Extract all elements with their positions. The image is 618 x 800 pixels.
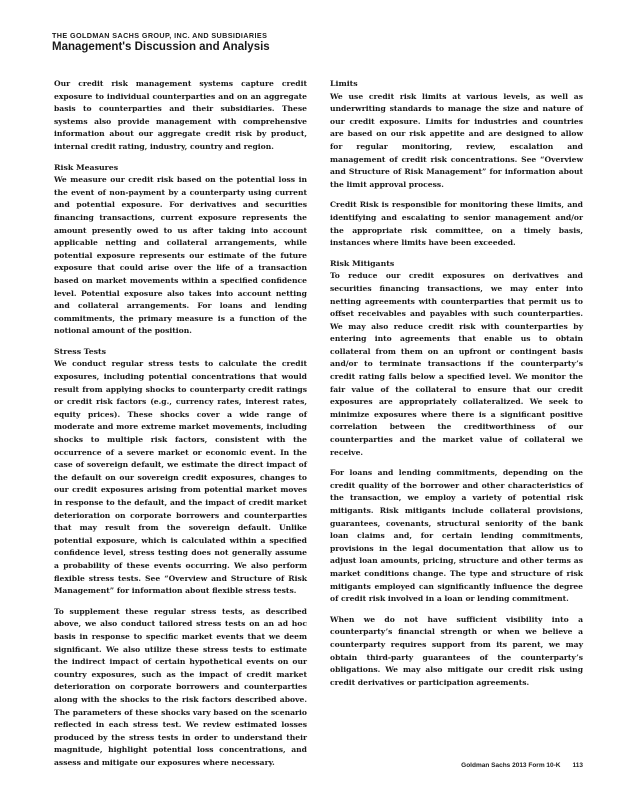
risk-mitigants-heading: Risk Mitigants — [330, 258, 583, 271]
company-name: The Goldman Sachs Group, Inc. and Subsid… — [52, 31, 572, 40]
risk-measures-heading: Risk Measures — [54, 162, 307, 175]
stress-tests-paragraph-2: To supplement these regular stress tests… — [54, 606, 307, 770]
page-header: The Goldman Sachs Group, Inc. and Subsid… — [52, 31, 572, 54]
risk-mitigants-paragraph-2: For loans and lending commitments, depen… — [330, 467, 583, 606]
risk-measures-paragraph: We measure our credit risk based on the … — [54, 174, 307, 338]
page-footer: Goldman Sachs 2013 Form 10-K113 — [330, 762, 583, 769]
risk-mitigants-paragraph-3: When we do not have sufficient visibilit… — [330, 614, 583, 690]
intro-paragraph: Our credit risk management systems captu… — [54, 78, 307, 154]
page-number: 113 — [573, 762, 584, 769]
section-title: Management's Discussion and Analysis — [52, 40, 572, 54]
right-column: Limits We use credit risk limits at vari… — [330, 78, 583, 697]
limits-paragraph-2: Credit Risk is responsible for monitorin… — [330, 199, 583, 249]
footer-publication: Goldman Sachs 2013 Form 10-K — [461, 762, 560, 769]
limits-paragraph-1: We use credit risk limits at various lev… — [330, 91, 583, 192]
limits-heading: Limits — [330, 78, 583, 91]
stress-tests-heading: Stress Tests — [54, 346, 307, 359]
stress-tests-paragraph-1: We conduct regular stress tests to calcu… — [54, 358, 307, 597]
risk-mitigants-paragraph-1: To reduce our credit exposures on deriva… — [330, 270, 583, 459]
left-column: Our credit risk management systems captu… — [54, 78, 307, 777]
